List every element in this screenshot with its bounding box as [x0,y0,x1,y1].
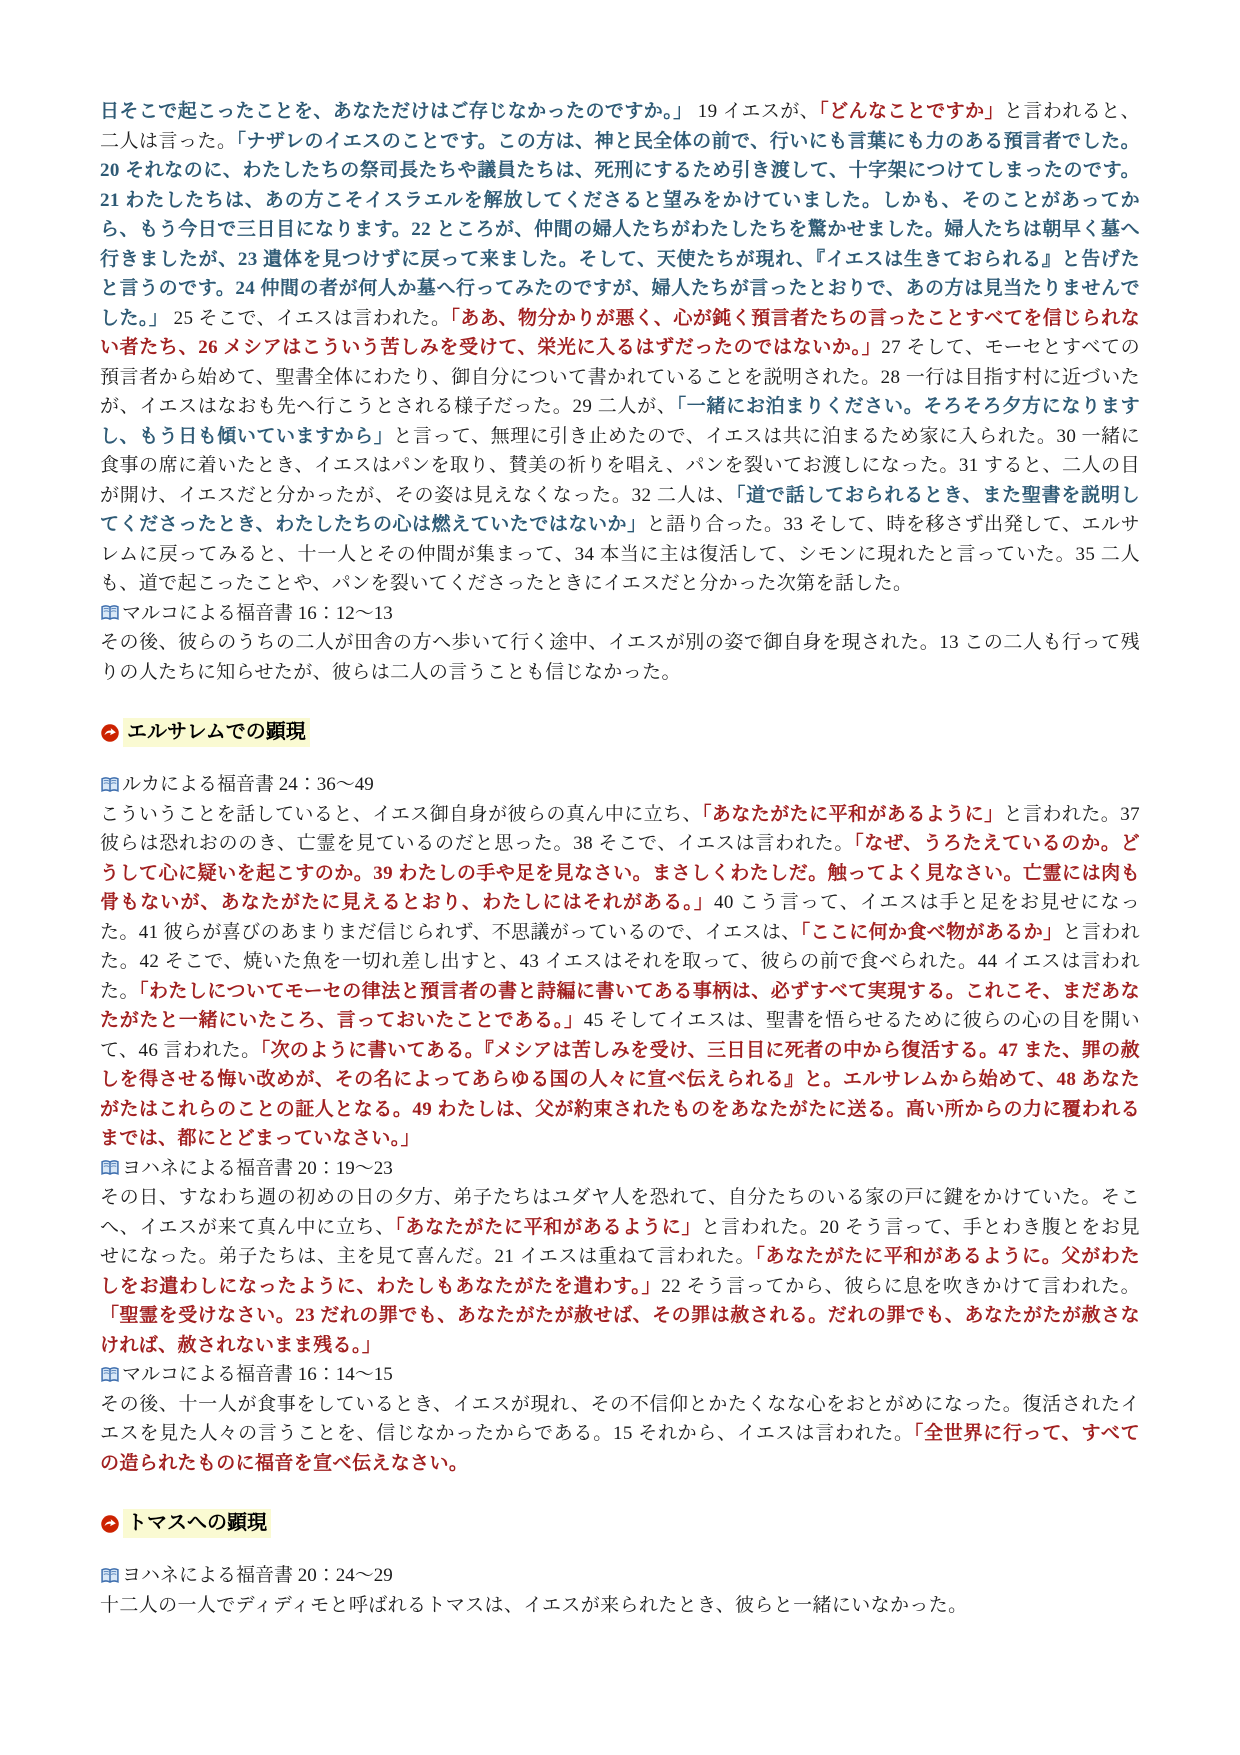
open-book-icon [100,1566,120,1586]
paragraph: 日そこで起こったことを、あなただけはご存じなかったのですか。」 19 イエスが、… [100,97,1140,599]
scripture-reference-line: マルコによる福音書 16：14～15 [100,1360,1140,1390]
circled-arrow-icon [100,723,120,743]
reference-text: マルコによる福音書 16：12～13 [122,599,393,629]
scripture-reference-line: ヨハネによる福音書 20：19～23 [100,1154,1140,1184]
scripture-reference-line: ルカによる福音書 24：36～49 [100,770,1140,800]
section-heading: エルサレムでの顕現 [100,718,1140,747]
jesus-speech-run: 「あなたがたに平和があるように」 [395,1217,701,1238]
paragraph: 十二人の一人でディディモと呼ばれるトマスは、イエスが来られたとき、彼らと一緒にい… [100,1591,1140,1621]
text-run: こういうことを話していると、イエス御自身が彼らの真ん中に立ち、 [100,804,702,825]
paragraph: その後、彼らのうちの二人が田舎の方へ歩いて行く途中、イエスが別の姿で御自身を現さ… [100,628,1140,687]
reference-text: ルカによる福音書 24：36～49 [122,770,374,800]
text-run: その後、彼らのうちの二人が田舎の方へ歩いて行く途中、イエスが別の姿で御自身を現さ… [100,632,1140,683]
paragraph: その後、十一人が食事をしているとき、イエスが現れ、その不信仰とかたくなな心をおと… [100,1390,1140,1479]
text-run: 25 そこで、イエスは言われた。 [168,308,450,329]
jesus-speech-run: 「ここに何か食べ物があるか」 [801,922,1063,943]
reference-text: ヨハネによる福音書 20：19～23 [122,1154,393,1184]
reference-text: マルコによる福音書 16：14～15 [122,1360,393,1390]
jesus-speech-run: 「聖霊を受けなさい。23 だれの罪でも、あなたがたが赦せば、その罪は赦される。だ… [100,1305,1140,1356]
disciple-speech-run: 「ナザレのイエスのことです。この方は、神と民全体の前で、行いにも言葉にも力のある… [100,131,1140,329]
jesus-speech-run: 「どんなことですか」 [819,101,1004,122]
section-title: トマスへの顕現 [123,1509,271,1538]
jesus-speech-run: 「あなたがたに平和があるように」 [702,804,1004,825]
open-book-icon [100,1365,120,1385]
open-book-icon [100,603,120,623]
open-book-icon [100,775,120,795]
paragraph: その日、すなわち週の初めの日の夕方、弟子たちはユダヤ人を恐れて、自分たちのいる家… [100,1183,1140,1360]
document-page: 日そこで起こったことを、あなただけはご存じなかったのですか。」 19 イエスが、… [0,0,1240,1620]
circled-arrow-icon [100,1514,120,1534]
text-run: 22 そう言ってから、彼らに息を吹きかけて言われた。 [661,1276,1140,1297]
open-book-icon [100,1158,120,1178]
scripture-reference-line: マルコによる福音書 16：12～13 [100,599,1140,629]
scripture-reference-line: ヨハネによる福音書 20：24～29 [100,1561,1140,1591]
section-title: エルサレムでの顕現 [123,718,310,747]
disciple-speech-run: 日そこで起こったことを、あなただけはご存じなかったのですか。」 [100,101,693,122]
text-run: 19 イエスが、 [693,101,820,122]
document-body: 日そこで起こったことを、あなただけはご存じなかったのですか。」 19 イエスが、… [100,97,1140,1620]
section-heading: トマスへの顕現 [100,1509,1140,1538]
paragraph: こういうことを話していると、イエス御自身が彼らの真ん中に立ち、「あなたがたに平和… [100,800,1140,1154]
reference-text: ヨハネによる福音書 20：24～29 [122,1561,393,1591]
text-run: 十二人の一人でディディモと呼ばれるトマスは、イエスが来られたとき、彼らと一緒にい… [100,1595,968,1616]
